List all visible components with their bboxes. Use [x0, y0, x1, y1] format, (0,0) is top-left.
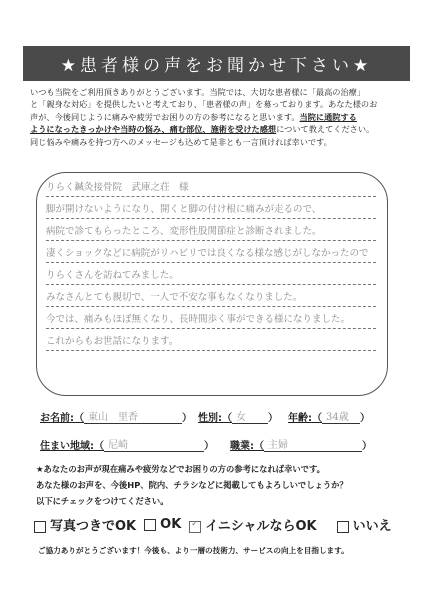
checkbox-checked-icon[interactable]	[189, 521, 201, 533]
testimonial-line: これからもお世話になります。	[46, 334, 376, 351]
close-paren: ）	[204, 437, 214, 452]
testimonial-line: りらくさんを訪ねてみました。	[46, 268, 376, 285]
age-label: 年齢:（	[288, 409, 322, 424]
intro-line-text: について教えてください。	[276, 124, 374, 134]
intro-emphasis: ようになったきっかけや当時の悩み、痛む部位、施術を受けた感想	[30, 124, 276, 134]
personal-info-row-2: 住まい地域:（ 尼崎 ） 職業:（ 主婦 ）	[40, 436, 372, 452]
gender-label: 性別:（	[198, 409, 232, 424]
checkbox-icon[interactable]	[144, 519, 156, 531]
job-label: 職業:（	[230, 437, 264, 452]
intro-line: ようになったきっかけや当時の悩み、痛む部位、施術を受けた感想について教えてくださ…	[30, 123, 410, 135]
option-photo-ok[interactable]: 写真つきでOK	[34, 515, 136, 534]
intro-line: 同じ悩みや痛みを持つ方へのメッセージも込めて是非とも一言頂ければ幸いです。	[30, 136, 410, 148]
gender-field[interactable]: 女	[232, 408, 268, 424]
intro-line: いつも当院をご利用頂きありがとうございます。当院では、大切な患者様に「最高の治療…	[30, 86, 410, 98]
footer-thanks: ご協力ありがとうございます！今後も、より一層の技術力、サービスの向上を目指します…	[38, 545, 349, 556]
option-label: いいえ	[353, 519, 392, 534]
consent-options: 写真つきでOK OK イニシャルならOK いいえ	[34, 515, 392, 534]
intro-line: 声が、今後同じように痛みや疲労でお困りの方の参考になると思います。当院に通院する	[30, 111, 410, 123]
intro-line: と「親身な対応」を提供したいと考えており、「患者様の声」を募っております。あなた…	[30, 98, 410, 110]
testimonial-line: 凄くショックなどに病院がリハビリでは良くなる様な感じがしなかったので	[46, 246, 376, 263]
intro-emphasis: 当院に通院する	[300, 112, 357, 122]
age-field[interactable]: 34歳	[322, 408, 360, 424]
name-label: お名前:（	[40, 409, 84, 424]
testimonial-line: 脚が開けないようになり、開くと脚の付け根に痛みが走るので、	[46, 202, 376, 219]
testimonial-line: りらく鍼灸接骨院 武庫之荘 様	[46, 180, 376, 197]
page-title-banner: ★患者様の声をお聞かせ下さい★	[23, 46, 410, 81]
consent-line: ★あなたのお声が現在痛みや疲労などでお困りの方の参考になれば幸いです。	[36, 463, 325, 475]
checkbox-icon[interactable]	[34, 521, 46, 533]
job-field[interactable]: 主婦	[264, 436, 362, 452]
testimonial-line: みなさんとても親切で、一人で不安な事もなくなりました。	[46, 290, 376, 307]
close-paren: ）	[182, 409, 192, 424]
checkbox-icon[interactable]	[337, 521, 349, 533]
close-paren: ）	[268, 409, 278, 424]
option-label: 写真つきでOK	[50, 519, 136, 534]
consent-instruction: 以下にチェックをつけてください。	[36, 495, 169, 507]
area-field[interactable]: 尼崎	[104, 436, 204, 452]
testimonial-line: 今では、痛みもほぼ無くなり、長時間歩く事ができる様になりました。	[46, 312, 376, 329]
intro-line-text: 声が、今後同じように痛みや疲労でお困りの方の参考になると思います。	[30, 112, 300, 122]
option-no[interactable]: いいえ	[337, 515, 392, 534]
personal-info-row-1: お名前:（ 東山 里香 ） 性別:（ 女 ） 年齢:（ 34歳 ）	[40, 408, 370, 424]
intro-text: いつも当院をご利用頂きありがとうございます。当院では、大切な患者様に「最高の治療…	[30, 86, 410, 148]
page-title: ★患者様の声をお聞かせ下さい★	[61, 51, 372, 76]
close-paren: ）	[362, 437, 372, 452]
name-field[interactable]: 東山 里香	[84, 408, 182, 424]
option-label: OK	[160, 517, 181, 532]
area-label: 住まい地域:（	[40, 437, 104, 452]
option-ok[interactable]: OK	[144, 517, 181, 532]
close-paren: ）	[360, 409, 370, 424]
option-initials-ok[interactable]: イニシャルならOK	[189, 515, 316, 534]
consent-question: あなた様のお声を、今後HP、院内、チラシなどに掲載してもよろしいでしょうか？	[36, 479, 348, 491]
option-label: イニシャルならOK	[205, 519, 316, 534]
testimonial-line: 病院で診てもらったところ、変形性股関節症と診断されました。	[46, 224, 376, 241]
